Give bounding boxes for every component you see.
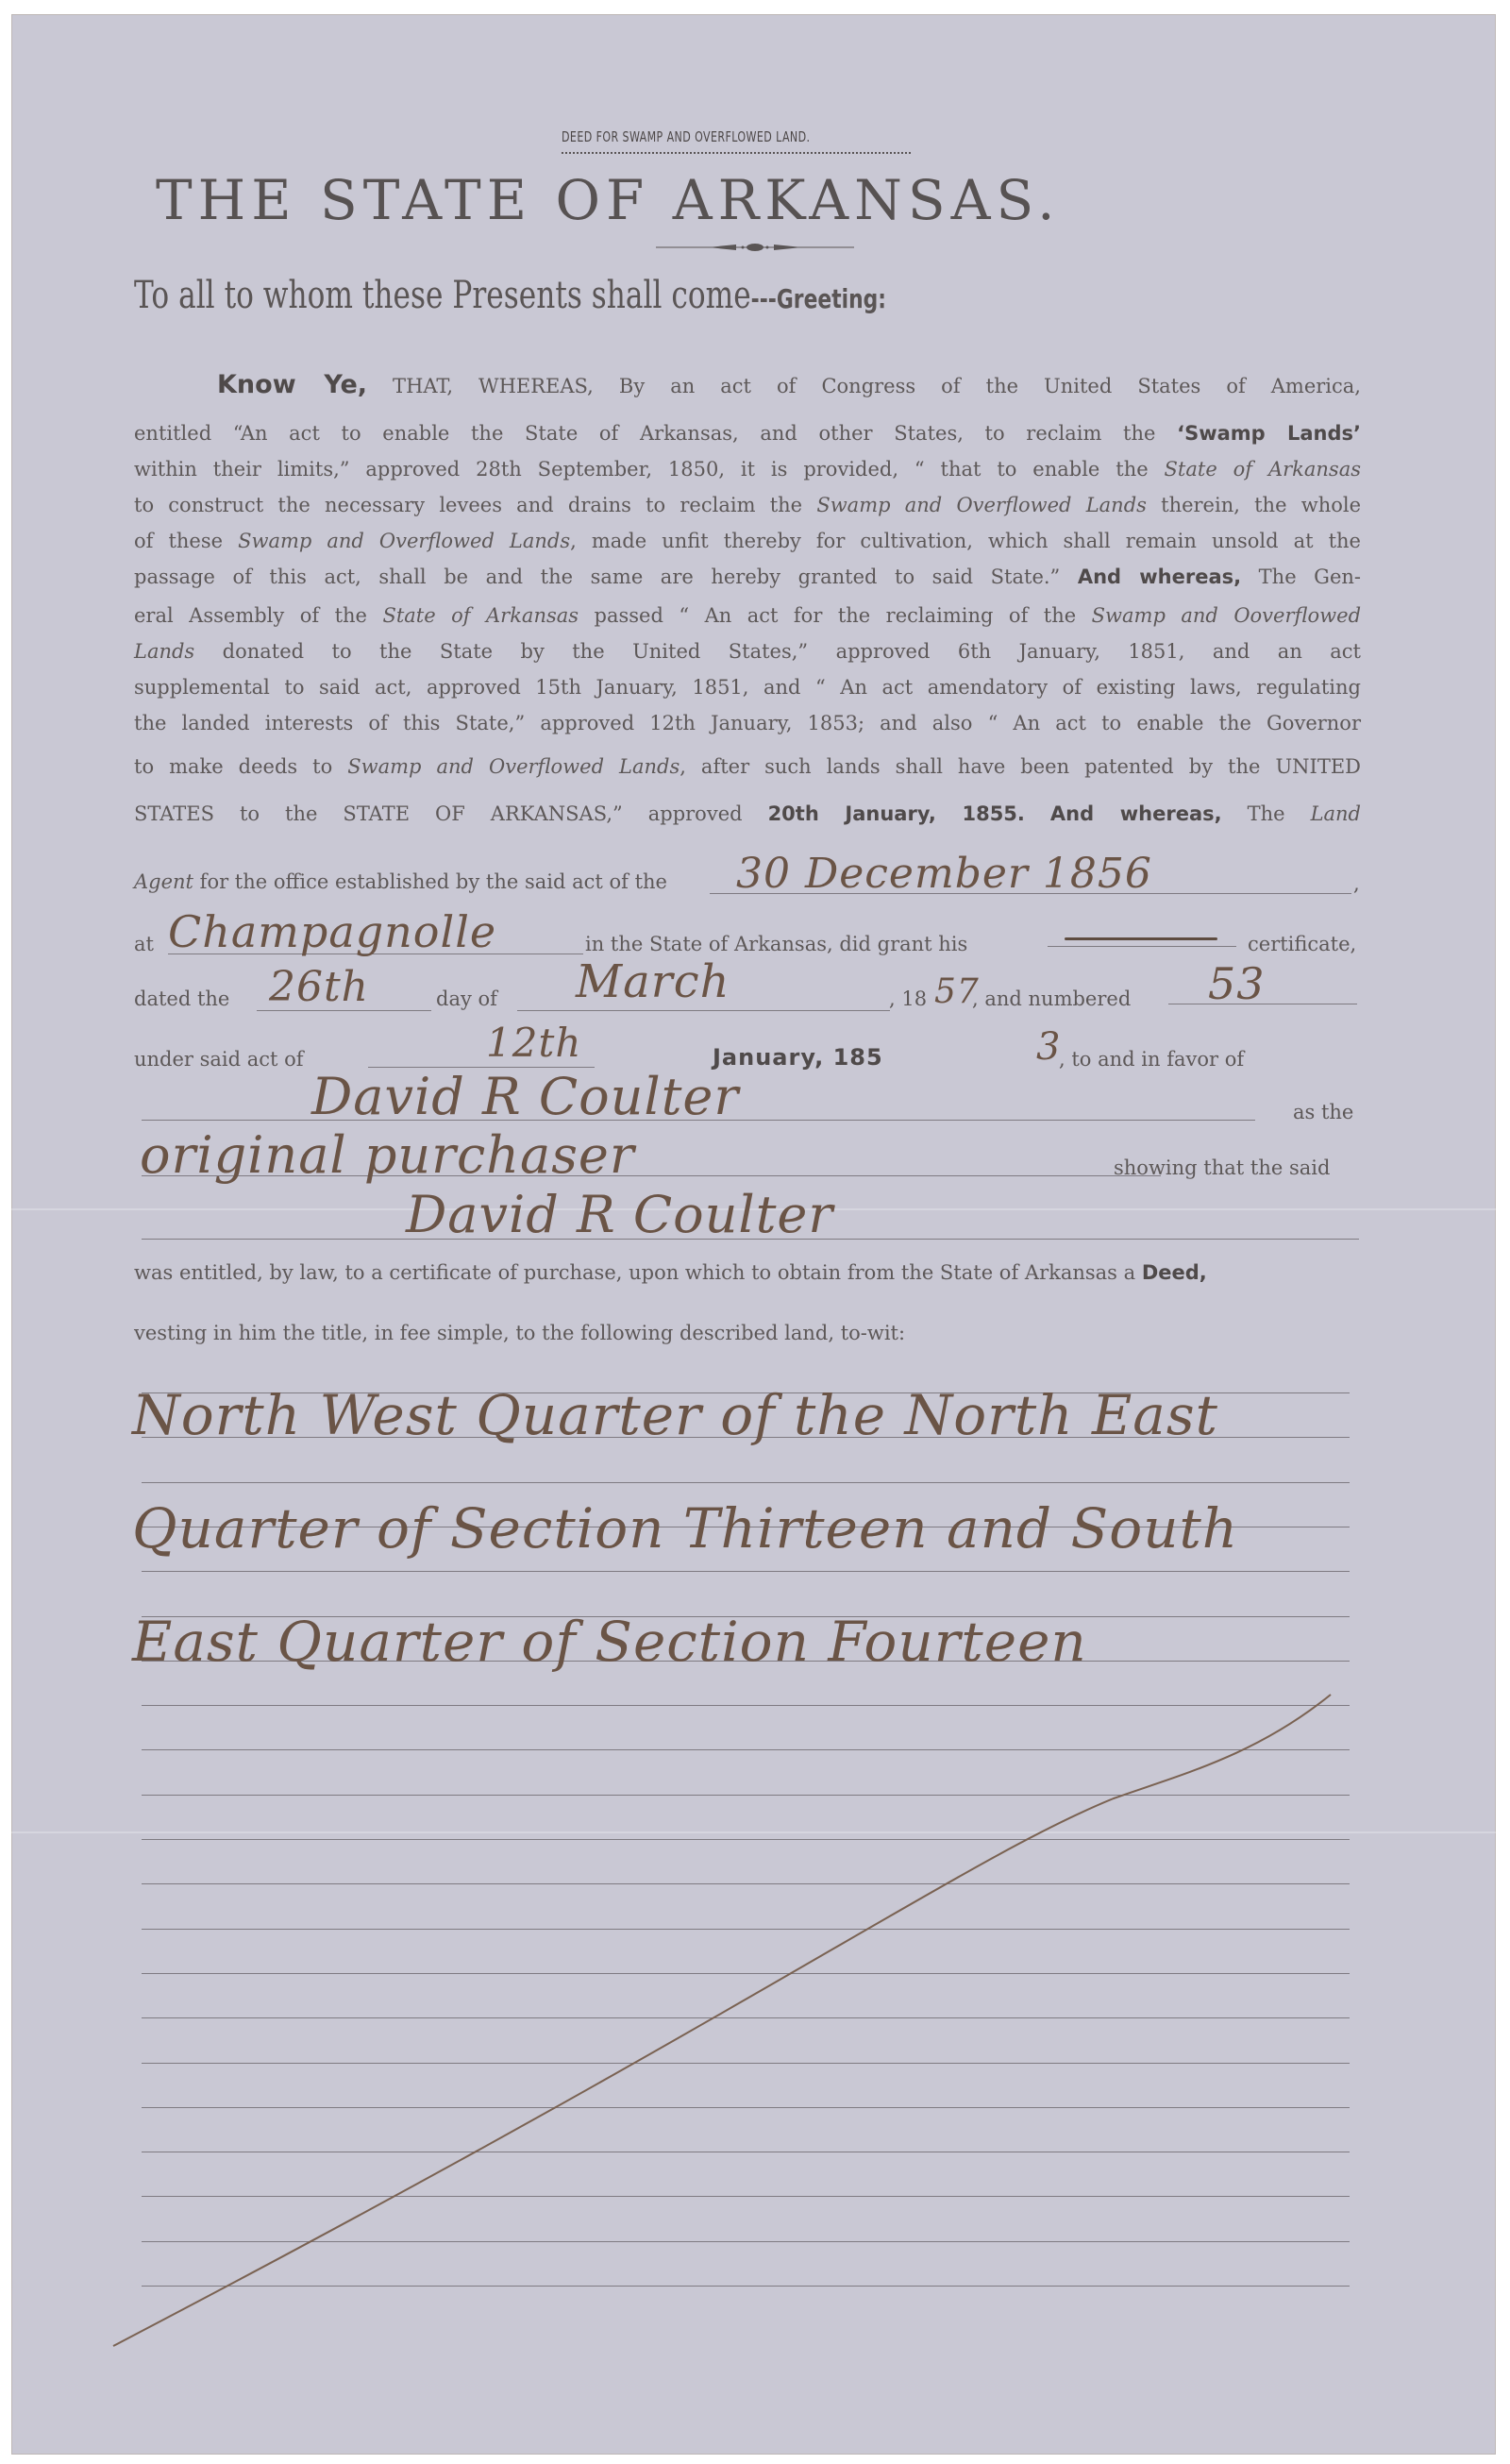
closing-stroke-line (0, 0, 1510, 2464)
